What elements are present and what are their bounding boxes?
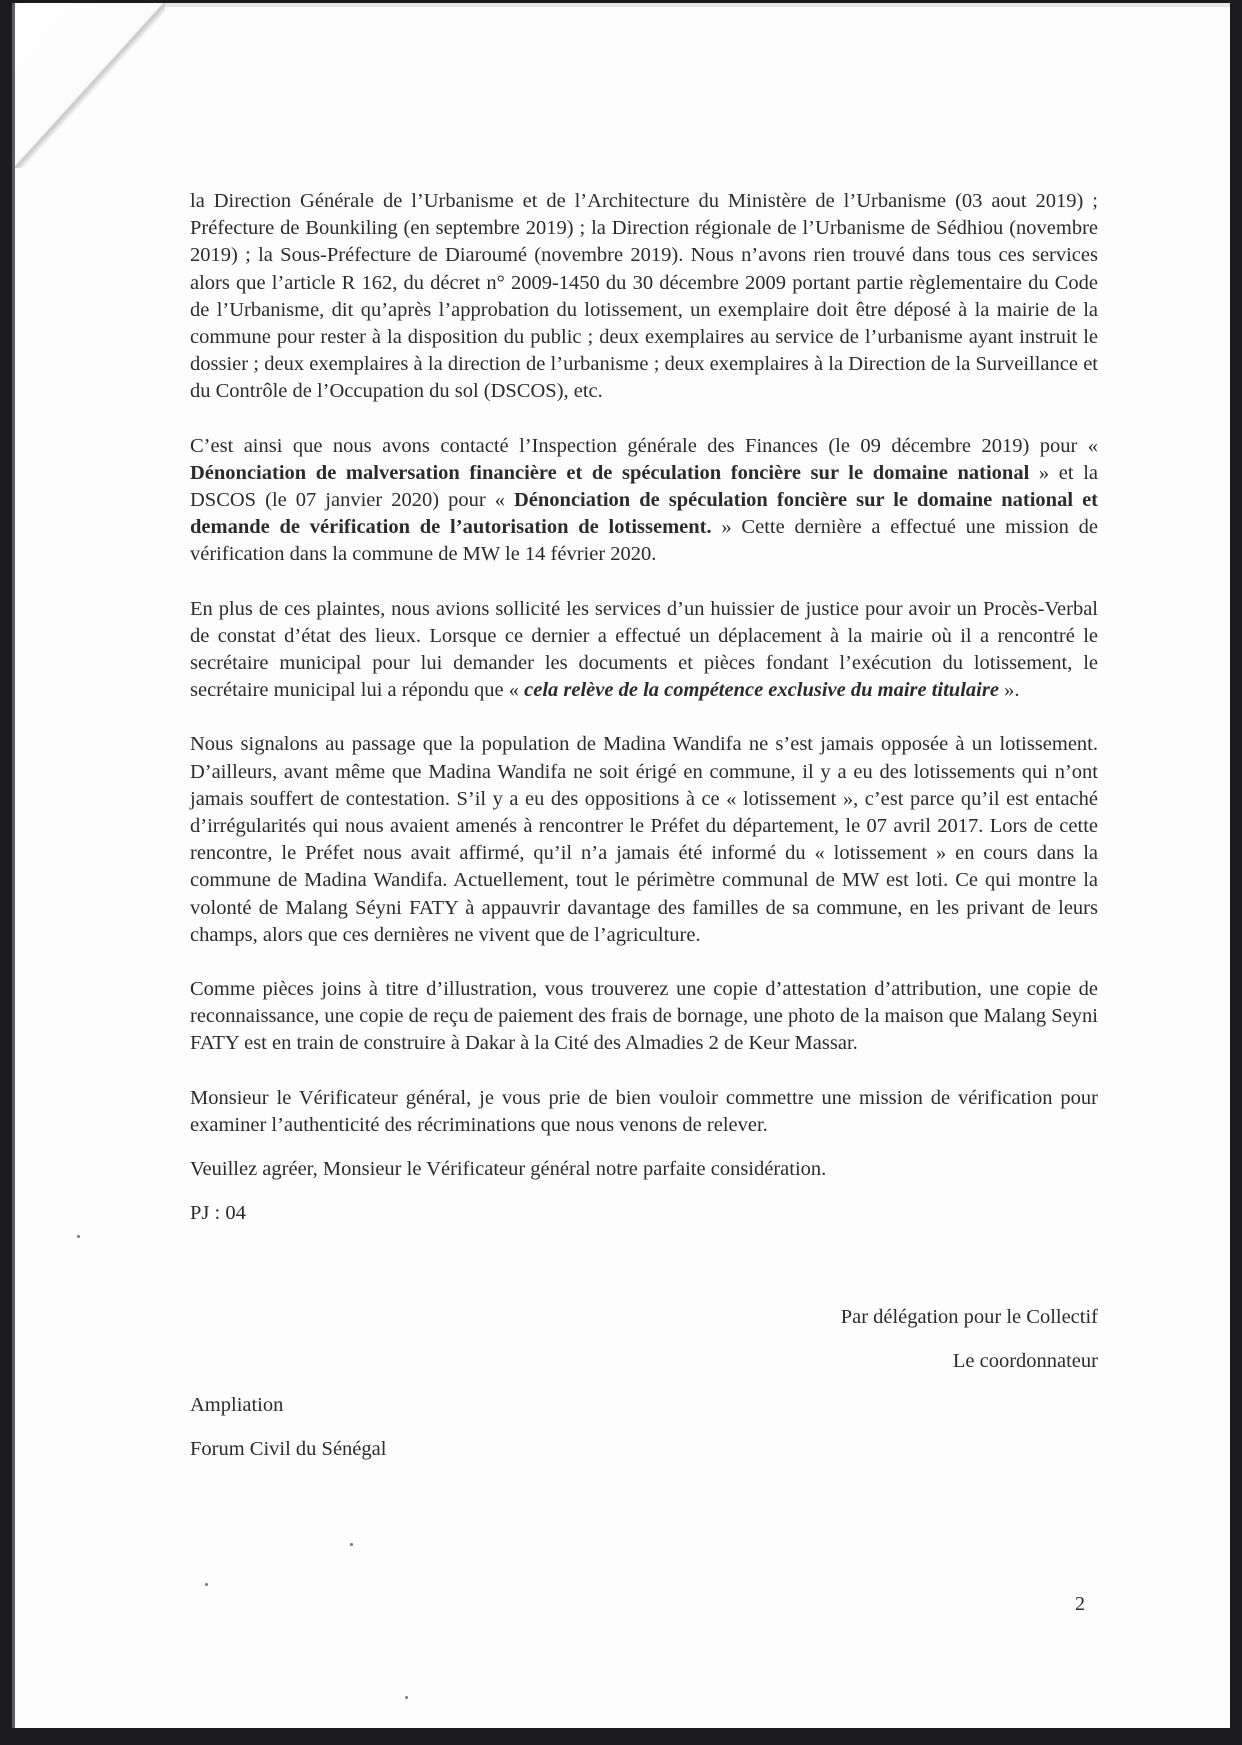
ampliation-recipient: Forum Civil du Sénégal — [190, 1436, 1098, 1463]
document-page: la Direction Générale de l’Urbanisme et … — [12, 3, 1230, 1728]
paragraph-urbanism-services: la Direction Générale de l’Urbanisme et … — [190, 188, 1098, 406]
signature-role: Le coordonnateur — [190, 1348, 1098, 1375]
scan-speck — [77, 1235, 80, 1238]
text-segment: Comme pièces joins à titre d’illustratio… — [190, 978, 1098, 1054]
text-segment: Nous signalons au passage que la populat… — [190, 733, 1098, 945]
text-segment: Dénonciation de malversation financière … — [190, 462, 1029, 484]
paragraph-population-opposition: Nous signalons au passage que la populat… — [190, 731, 1098, 949]
paragraph-bailiff-report: En plus de ces plaintes, nous avions sol… — [190, 596, 1098, 705]
attachments-count: PJ : 04 — [190, 1200, 1098, 1227]
text-segment: cela relève de la compétence exclusive d… — [524, 679, 999, 701]
text-segment: C’est ainsi que nous avons contacté l’In… — [190, 435, 1098, 457]
ampliation-label: Ampliation — [190, 1392, 1098, 1419]
folded-corner — [15, 3, 165, 168]
paragraph-attachments-description: Comme pièces joins à titre d’illustratio… — [190, 976, 1098, 1058]
paragraph-complaints-igf-dscos: C’est ainsi que nous avons contacté l’In… — [190, 433, 1098, 569]
page-number: 2 — [1075, 1593, 1085, 1616]
text-segment: la Direction Générale de l’Urbanisme et … — [190, 190, 1098, 402]
text-segment: ». — [999, 679, 1020, 701]
text-segment: Monsieur le Vérificateur général, je vou… — [190, 1087, 1098, 1136]
signature-delegation: Par délégation pour le Collectif — [190, 1304, 1098, 1331]
closing-formula: Veuillez agréer, Monsieur le Vérificateu… — [190, 1156, 1098, 1183]
scan-speck — [405, 1696, 408, 1699]
paragraph-request-mission: Monsieur le Vérificateur général, je vou… — [190, 1085, 1098, 1139]
letter-body: la Direction Générale de l’Urbanisme et … — [190, 188, 1098, 1463]
scan-speck — [350, 1543, 353, 1546]
scan-speck — [205, 1583, 208, 1586]
page-top-edge — [15, 3, 1230, 7]
